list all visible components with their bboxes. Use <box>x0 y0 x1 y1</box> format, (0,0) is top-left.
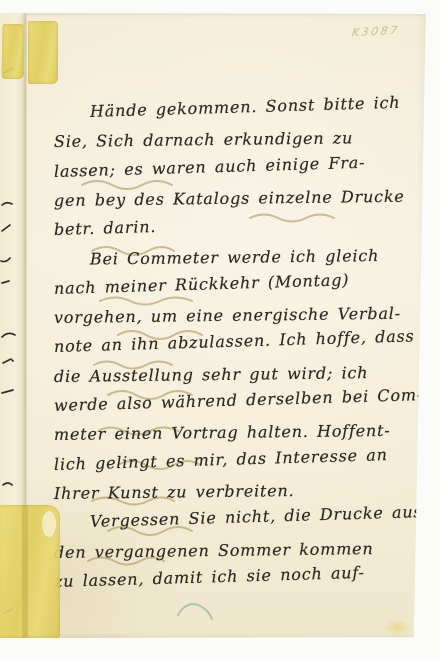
letter-line: betr. darin. <box>54 209 410 240</box>
letter-line: die Ausstellung sehr gut wird; ich <box>54 363 410 387</box>
letter-line: vorgehen, um eine energische Verbal- <box>54 304 410 328</box>
letter-line: zu lassen, damit ich sie noch auf- <box>54 561 410 592</box>
letter-line: den vergangenen Sommer kommen <box>54 539 410 563</box>
tape-top-left-2 <box>28 21 58 84</box>
letter-body: Hände gekommen. Sonst bitte ichSie, Sich… <box>54 103 410 623</box>
letter-line: gen bey des Katalogs einzelne Drucke <box>54 187 410 211</box>
letter-line: Vergessen Sie nicht, die Drucke aus <box>54 501 440 533</box>
letter-line: Sie, Sich darnach erkundigen zu <box>54 128 410 152</box>
scanned-letter-page: K3087 Hände gekommen. Sonst bitte ichSie… <box>0 0 440 660</box>
tape-residue-bottom-right <box>383 619 411 636</box>
letter-line: meter einen Vortrag halten. Hoffent- <box>54 421 410 445</box>
letter-line: Hände gekommen. Sonst bitte ich <box>54 91 440 123</box>
letter-line: note an ihn abzulassen. Ich hoffe, dass <box>54 326 410 357</box>
tape-bottom-left <box>0 505 60 638</box>
tape-top-left-1 <box>2 24 25 79</box>
letter-line: nach meiner Rückkehr (Montag) <box>54 268 410 299</box>
letter-line: werde also während derselben bei Com- <box>54 385 410 416</box>
letter-paper: K3087 Hände gekommen. Sonst bitte ichSie… <box>0 13 427 638</box>
letter-line: lassen; es waren auch einige Fra- <box>54 151 410 182</box>
archive-number-label: K3087 <box>351 24 401 40</box>
letter-line: Ihrer Kunst zu verbreiten. <box>54 480 410 504</box>
letter-line: lich gelingt es mir, das Interesse an <box>54 444 410 475</box>
letter-line: Bei Commeter werde ich gleich <box>54 245 440 270</box>
